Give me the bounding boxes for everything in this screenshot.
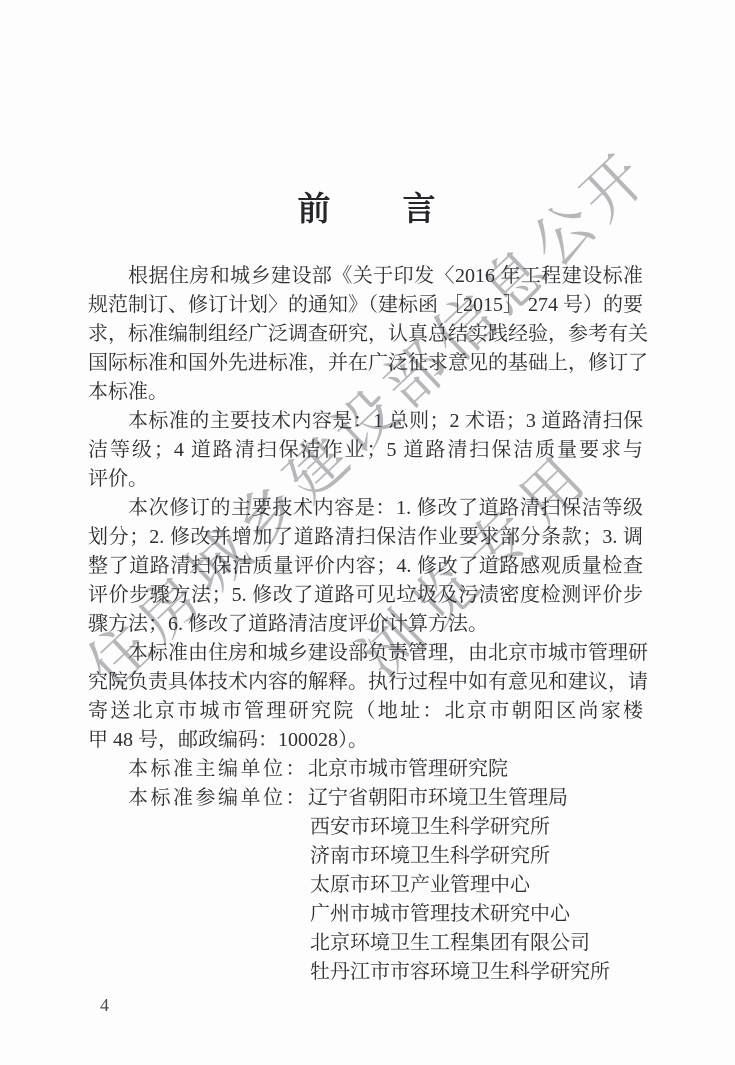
chief-editor-value: 北京市城市管理研究院 [308,758,508,780]
body-text: 根据住房和城乡建设部《关于印发〈2016 年工程建设标准规范制订、修订计划〉的通… [88,262,643,987]
text-line: 寄送北京市城市管理研究院（地址：北京市朝阳区尚家楼 [88,697,643,726]
document-page: 住房城乡建设部信息公开 浏览专用 前 言 根据住房和城乡建设部《关于印发〈201… [0,0,735,1065]
participant-org-line: 牡丹江市市容环境卫生科学研究所 [310,958,643,987]
page-number: 4 [100,995,109,1016]
participant-org-line: 西安市环境卫生科学研究所 [310,813,643,842]
participant-editor-label: 本标准参编单位： [128,787,308,809]
text-line: 甲 48 号，邮政编码：100028）。 [88,726,643,755]
participant-org-line: 济南市环境卫生科学研究所 [310,842,643,871]
paragraphs-block: 根据住房和城乡建设部《关于印发〈2016 年工程建设标准规范制订、修订计划〉的通… [88,262,643,755]
text-line: 求，标准编制组经广泛调查研究，认真总结实践经验，参考有关 [88,320,643,349]
text-line: 本标准由住房和城乡建设部负责管理，由北京市城市管理研 [88,639,643,668]
chief-editor-label: 本标准主编单位： [128,758,308,780]
participant-editor-line: 本标准参编单位：辽宁省朝阳市环境卫生管理局 [88,784,643,813]
page-title: 前 言 [0,183,735,230]
participant-org-line: 广州市城市管理技术研究中心 [310,900,643,929]
text-line: 整了道路清扫保洁质量评价内容；4. 修改了道路感观质量检查 [88,552,643,581]
text-line: 国际标准和国外先进标准，并在广泛征求意见的基础上，修订了 [88,349,643,378]
text-line: 根据住房和城乡建设部《关于印发〈2016 年工程建设标准 [88,262,643,291]
text-line: 本次修订的主要技术内容是：1. 修改了道路清扫保洁等级 [88,494,643,523]
text-line: 划分；2. 修改并增加了道路清扫保洁作业要求部分条款；3. 调 [88,523,643,552]
text-line: 本标准的主要技术内容是：1 总则；2 术语；3 道路清扫保 [88,407,643,436]
text-line: 洁等级；4 道路清扫保洁作业；5 道路清扫保洁质量要求与 [88,436,643,465]
text-line: 骤方法；6. 修改了道路清洁度评价计算方法。 [88,610,643,639]
participant-list: 西安市环境卫生科学研究所济南市环境卫生科学研究所太原市环卫产业管理中心广州市城市… [88,813,643,987]
text-line: 评价步骤方法；5. 修改了道路可见垃圾及污渍密度检测评价步 [88,581,643,610]
text-line: 究院负责具体技术内容的解释。执行过程中如有意见和建议，请 [88,668,643,697]
text-line: 规范制订、修订计划〉的通知》（建标函 ［2015］ 274 号）的要 [88,291,643,320]
chief-editor-line: 本标准主编单位：北京市城市管理研究院 [88,755,643,784]
participant-org-line: 北京环境卫生工程集团有限公司 [310,929,643,958]
participant-editor-first-value: 辽宁省朝阳市环境卫生管理局 [308,787,568,809]
text-line: 评价。 [88,465,643,494]
participant-org-line: 太原市环卫产业管理中心 [310,871,643,900]
text-line: 本标准。 [88,378,643,407]
